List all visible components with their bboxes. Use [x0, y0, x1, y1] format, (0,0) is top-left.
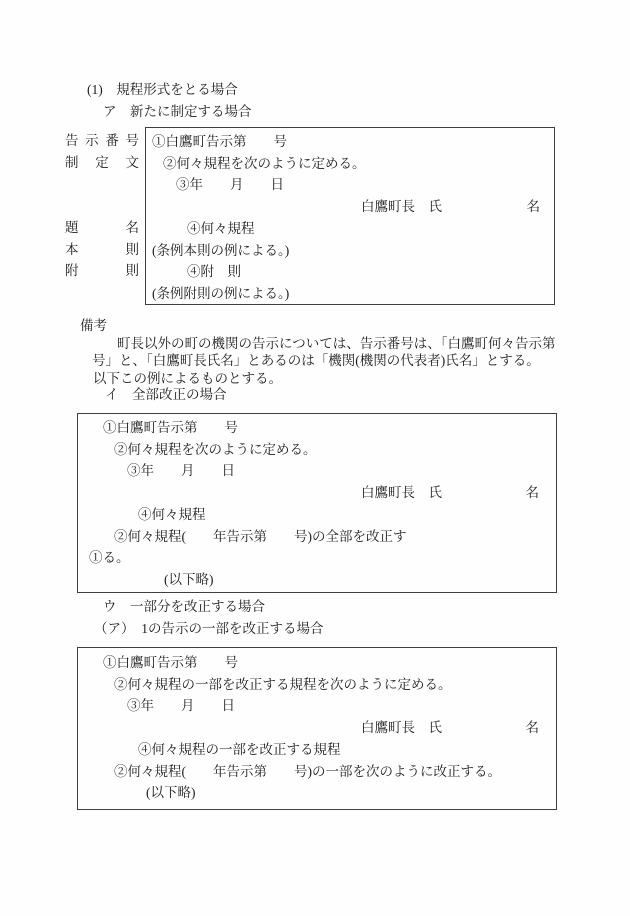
template-box-full-revision: ①白鷹町告示第 号 ②何々規程を次のように定める。 ③年 月 日 白鷹町長 氏 … — [77, 413, 557, 593]
name-suffix: 名 — [527, 196, 541, 218]
template-line: ①白鷹町告示第 号 — [146, 131, 554, 153]
template-box-partial-revision: ①白鷹町告示第 号 ②何々規程の一部を改正する規程を次のように定める。 ③年 月… — [77, 647, 557, 810]
mayor-name-label: 白鷹町長 氏 — [361, 482, 442, 504]
signature-line: 白鷹町長 氏 名 — [146, 196, 554, 218]
template-line: (以下略) — [78, 569, 556, 591]
template-line: ③年 月 日 — [146, 174, 554, 196]
name-suffix: 名 — [526, 717, 540, 739]
heading-full-revision: イ 全部改正の場合 — [105, 383, 227, 403]
template-line: ①白鷹町告示第 号 — [78, 417, 556, 439]
template-line: ③年 月 日 — [78, 695, 556, 717]
template-line: ①る。 — [78, 547, 556, 569]
template-box-new-enactment: ①白鷹町告示第 号 ②何々規程を次のように定める。 ③年 月 日 白鷹町長 氏 … — [145, 127, 555, 305]
name-suffix: 名 — [526, 482, 540, 504]
side-label-title: 題名 — [65, 217, 139, 239]
section-heading: (1) 規程形式をとる場合 — [87, 78, 238, 98]
heading-partial-revision: ウ 一部分を改正する場合 — [103, 595, 265, 615]
template-line: ②何々規程の一部を改正する規程を次のように定める。 — [78, 674, 556, 696]
heading-new-enactment: ア 新たに制定する場合 — [103, 100, 252, 120]
side-label-notice-number: 告示番号 — [65, 130, 139, 152]
remarks-label: 備考 — [80, 314, 107, 334]
side-label-main-provisions: 本則 — [65, 239, 139, 261]
template-line: ②何々規程を次のように定める。 — [146, 153, 554, 175]
side-label-supplementary-provisions: 附則 — [65, 260, 139, 282]
template-line: ②何々規程( 年告示第 号)の一部を次のように改正する。 — [78, 761, 556, 783]
template-line: ③年 月 日 — [78, 460, 556, 482]
template-line: ④附 則 — [146, 261, 554, 283]
mayor-name-label: 白鷹町長 氏 — [361, 196, 442, 218]
template-line: ②何々規程を次のように定める。 — [78, 439, 556, 461]
template-line: (条例本則の例による。) — [146, 240, 554, 262]
heading-partial-revision-sub: （ア） 1の告示の一部を改正する場合 — [94, 617, 324, 637]
template-line: ②何々規程( 年告示第 号)の全部を改正す — [78, 526, 556, 548]
side-label-enactment-text: 制定文 — [65, 152, 139, 174]
document-page: (1) 規程形式をとる場合 ア 新たに制定する場合 告示番号 制定文 題名 本則… — [0, 0, 630, 916]
template-line: ①白鷹町告示第 号 — [78, 652, 556, 674]
signature-line: 白鷹町長 氏 名 — [78, 717, 556, 739]
remarks-line: 号」と、「白鷹町長氏名」とあるのは「機関(機関の代表者)氏名」とする。 — [92, 349, 540, 369]
template-line: ④何々規程の一部を改正する規程 — [78, 739, 556, 761]
signature-line: 白鷹町長 氏 名 — [78, 482, 556, 504]
template-line: (条例附則の例による。) — [146, 283, 554, 305]
template-line: ④何々規程 — [146, 218, 554, 240]
mayor-name-label: 白鷹町長 氏 — [361, 717, 442, 739]
template-line: ④何々規程 — [78, 504, 556, 526]
template-line: (以下略) — [78, 782, 556, 804]
